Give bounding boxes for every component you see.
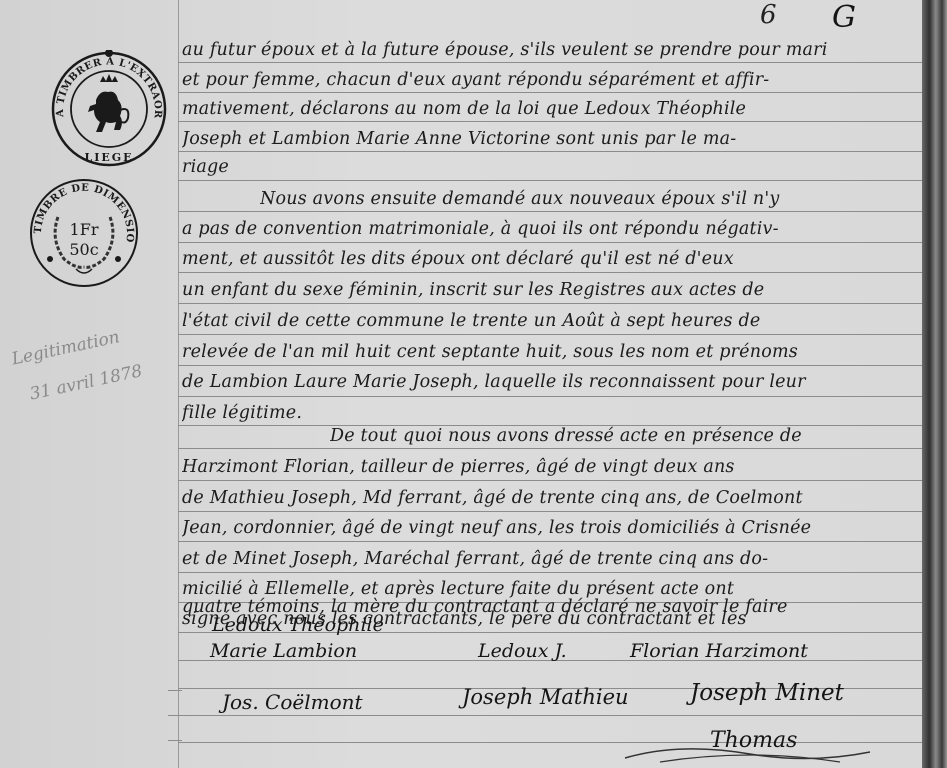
body-line: Joseph et Lambion Marie Anne Victorine s…	[182, 129, 920, 149]
signature-ledoux-j: Ledoux J.	[478, 640, 567, 662]
body-line: De tout quoi nous avons dressé acte en p…	[330, 426, 920, 446]
signature-marie-lambion: Marie Lambion	[210, 640, 357, 662]
body-line: riage	[182, 157, 920, 177]
signature-joseph-minet: Joseph Minet	[690, 680, 844, 706]
crowned-lion-stamp-icon: A TIMBRER A L'EXTRAORDINAIRE LIEGE	[50, 50, 168, 168]
body-line: fille légitime.	[182, 403, 920, 423]
ruled-line	[178, 180, 922, 181]
body-line: un enfant du sexe féminin, inscrit sur l…	[182, 280, 920, 300]
ruled-line	[178, 151, 922, 152]
ruled-line	[178, 92, 922, 93]
ruled-line	[178, 541, 922, 542]
corner-mark: G	[832, 0, 856, 35]
margin-tick	[168, 690, 182, 691]
signature-jos-coelmont: Jos. Coëlmont	[222, 690, 363, 714]
ruled-line	[178, 334, 922, 335]
body-line: Jean, cordonnier, âgé de vingt neuf ans,…	[182, 518, 920, 538]
svg-text:1Fr: 1Fr	[70, 220, 99, 239]
ruled-line	[178, 448, 922, 449]
body-line: Nous avons ensuite demandé aux nouveaux …	[260, 189, 920, 209]
body-line: de Mathieu Joseph, Md ferrant, âgé de tr…	[182, 488, 920, 508]
signature-ledoux-theophile: Ledoux Théophile	[212, 614, 384, 636]
body-line: et pour femme, chacun d'eux ayant répond…	[182, 70, 920, 90]
body-line: de Lambion Laure Marie Joseph, laquelle …	[182, 372, 920, 392]
body-line: micilié à Ellemelle, et après lecture fa…	[182, 579, 920, 599]
signature-flourish-icon	[620, 740, 880, 768]
body-line: relevée de l'an mil huit cent septante h…	[182, 342, 920, 362]
ruled-line	[178, 303, 922, 304]
ruled-line	[178, 396, 922, 397]
margin-tick	[168, 740, 182, 741]
ruled-line	[178, 62, 922, 63]
ruled-line	[178, 480, 922, 481]
body-line: au futur époux et à la future épouse, s'…	[182, 40, 920, 60]
body-line: et de Minet Joseph, Maréchal ferrant, âg…	[182, 549, 920, 569]
document-page: 6 G A TIMBRER A L'EXTRAORDINAIRE	[0, 0, 922, 768]
ruled-line	[178, 211, 922, 212]
ruled-line	[178, 365, 922, 366]
svg-text:50c: 50c	[69, 240, 98, 259]
body-line: l'état civil de cette commune le trente …	[182, 311, 920, 331]
margin-line	[178, 0, 179, 768]
book-binding	[922, 0, 947, 768]
ruled-line	[178, 715, 922, 716]
body-line: Harzimont Florian, tailleur de pierres, …	[182, 457, 920, 477]
margin-note-line1: Legitimation	[10, 327, 121, 369]
margin-note-line2: 31 avril 1878	[28, 361, 144, 404]
ruled-line	[178, 272, 922, 273]
ruled-line	[178, 572, 922, 573]
dimension-stamp: TIMBRE DE DIMENSION 1Fr 50c	[28, 177, 140, 289]
ruled-line	[178, 242, 922, 243]
signature-joseph-mathieu: Joseph Mathieu	[462, 685, 629, 709]
page-number: 6	[760, 0, 777, 30]
laurel-wreath-stamp-icon: TIMBRE DE DIMENSION 1Fr 50c	[28, 177, 140, 289]
body-line: mativement, déclarons au nom de la loi q…	[182, 99, 920, 119]
margin-tick	[168, 715, 182, 716]
ruled-line	[178, 121, 922, 122]
body-line: a pas de convention matrimoniale, à quoi…	[182, 219, 920, 239]
ruled-line	[178, 511, 922, 512]
svg-text:LIEGE: LIEGE	[84, 151, 133, 164]
extraordinary-stamp: A TIMBRER A L'EXTRAORDINAIRE LIEGE	[50, 50, 168, 168]
signature-florian-harzimont: Florian Harzimont	[630, 640, 808, 662]
body-line: ment, et aussitôt les dits époux ont déc…	[182, 249, 920, 269]
